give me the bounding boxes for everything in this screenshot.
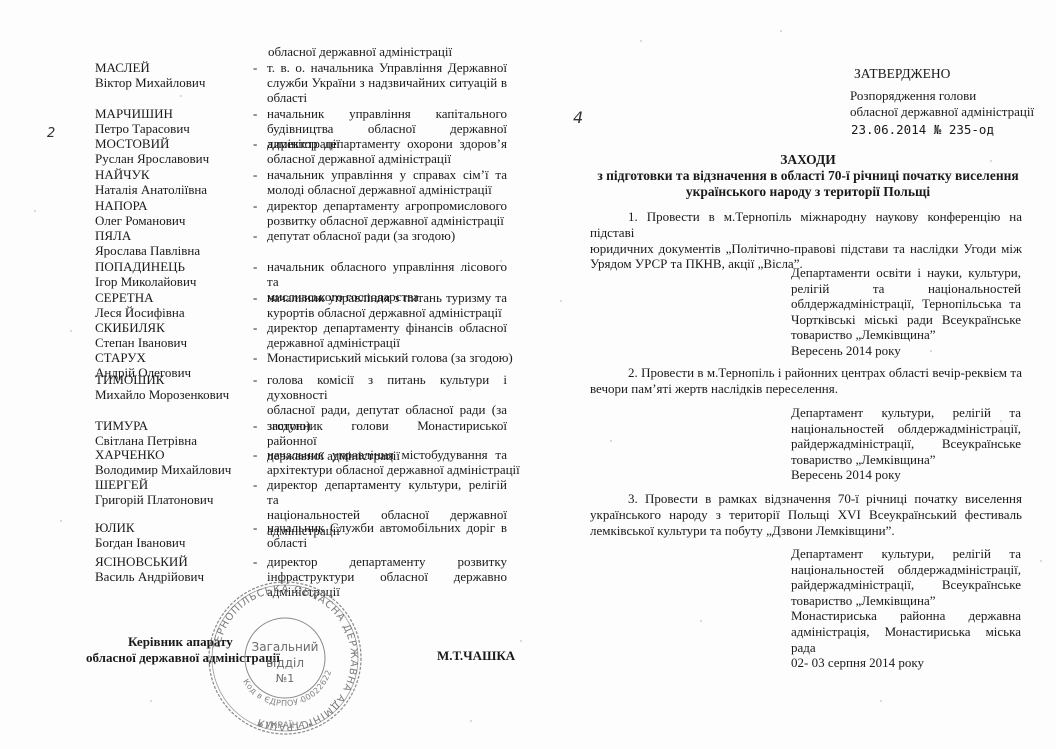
approval-authority: Розпорядження голови обласної державної …: [850, 88, 1034, 119]
svg-text:Загальний: Загальний: [252, 640, 319, 654]
handwritten-page-number: 2: [47, 126, 55, 141]
dash-separator: -: [253, 372, 257, 387]
scan-speck: [700, 620, 702, 622]
dash-separator: -: [253, 418, 257, 433]
member-name: ШЕРГЕЙГригорій Платонович: [95, 477, 255, 507]
member-name: НАЙЧУКНаталія Анатоліївна: [95, 167, 255, 197]
member-name: ЮЛИКБогдан Іванович: [95, 520, 255, 550]
scan-speck: [610, 440, 612, 442]
document-subtitle-line2: українського народу з території Польщі: [588, 184, 1028, 200]
measure-item-2: 2. Провести в м.Тернопіль і районних цен…: [590, 365, 1022, 397]
signatory-name: М.Т.ЧАШКА: [437, 648, 515, 664]
scan-speck: [990, 160, 992, 162]
dash-separator: -: [253, 167, 257, 182]
scan-speck: [520, 640, 522, 642]
svg-text:№1: №1: [276, 672, 294, 685]
scan-speck: [70, 330, 72, 332]
scan-speck: [560, 300, 562, 302]
member-name: СКИБИЛЯКСтепан Іванович: [95, 320, 255, 350]
dash-separator: -: [253, 520, 257, 535]
member-name: МАРЧИШИНПетро Тарасович: [95, 106, 255, 136]
member-name: ПЯЛАЯрослава Павлівна: [95, 228, 255, 258]
member-name: СЕРЕТНАЛеся Йосифівна: [95, 290, 255, 320]
dash-separator: -: [253, 350, 257, 365]
left-page: 2 обласної державної адміністрації МАСЛЕ…: [0, 0, 528, 749]
member-position: начальник Служби автомобільних доріг воб…: [267, 520, 507, 550]
member-position: начальник управління з питань туризму та…: [267, 290, 507, 320]
scan-speck: [930, 350, 932, 352]
scan-speck: [880, 700, 882, 702]
member-name: ХАРЧЕНКОВолодимир Михайлович: [95, 447, 255, 477]
svg-text:• УКРАЇНА •: • УКРАЇНА •: [257, 720, 312, 731]
scan-speck: [60, 520, 62, 522]
member-position: начальник управління у справах сім’ї там…: [267, 167, 507, 197]
scan-speck: [300, 700, 302, 702]
scan-speck: [34, 210, 36, 212]
dash-separator: -: [253, 60, 257, 75]
scan-speck: [410, 150, 412, 152]
right-page: 4 ЗАТВЕРДЖЕНО Розпорядження голови облас…: [528, 0, 1056, 749]
scan-speck: [1040, 560, 1042, 562]
scan-speck: [470, 720, 472, 722]
measure-item-3: 3. Провести в рамках відзначення 70-ї рі…: [590, 491, 1022, 538]
member-name: НАПОРАОлег Романович: [95, 198, 255, 228]
member-position: депутат обласної ради (за згодою): [267, 228, 507, 243]
member-name: ТИМОШИКМихайло Морозенкович: [95, 372, 255, 402]
order-date-number: 23.06.2014 № 235-од: [851, 122, 994, 137]
member-name: МАСЛЕЙВіктор Михайлович: [95, 60, 255, 90]
responsible-party-1: Департаменти освіти і науки, культури,ре…: [791, 265, 1021, 359]
scan-speck: [500, 260, 502, 262]
dash-separator: -: [253, 136, 257, 151]
dash-separator: -: [253, 320, 257, 335]
member-position: т. в. о. начальника Управління Державної…: [267, 60, 507, 106]
member-position: начальник управління містобудування таар…: [267, 447, 507, 477]
scan-speck: [1000, 420, 1002, 422]
member-position: директор департаменту охорони здоров’яоб…: [267, 136, 507, 166]
dash-separator: -: [253, 447, 257, 462]
measure-item-1: 1. Провести в м.Тернопіль міжнародну нау…: [590, 209, 1022, 272]
continuation-text: обласної державної адміністрації: [268, 44, 452, 59]
member-name: МОСТОВИЙРуслан Ярославович: [95, 136, 255, 166]
dash-separator: -: [253, 259, 257, 274]
official-seal-stamp: ТЕРНОПІЛЬСЬКА ОБЛАСНА ДЕРЖАВНА АДМІНІСТР…: [205, 578, 365, 738]
svg-text:відділ: відділ: [266, 656, 304, 670]
scan-speck: [150, 700, 152, 702]
dash-separator: -: [253, 228, 257, 243]
dash-separator: -: [253, 554, 257, 569]
dash-separator: -: [253, 477, 257, 492]
member-name: ТИМУРАСвітлана Петрівна: [95, 418, 255, 448]
dash-separator: -: [253, 106, 257, 121]
member-position: директор департаменту агропромисловогоро…: [267, 198, 507, 228]
dash-separator: -: [253, 198, 257, 213]
scan-speck: [780, 30, 782, 32]
document-subtitle-line1: з підготовки та відзначення в області 70…: [588, 168, 1028, 184]
member-name: ПОПАДИНЕЦЬІгор Миколайович: [95, 259, 255, 289]
member-position: Монастириський міський голова (за згодою…: [267, 350, 507, 365]
member-position: директор департаменту фінансів обласноїд…: [267, 320, 507, 350]
handwritten-page-number: 4: [573, 108, 583, 127]
document-title: ЗАХОДИ: [588, 152, 1028, 168]
approval-heading: ЗАТВЕРДЖЕНО: [854, 66, 950, 82]
scan-speck: [180, 95, 182, 97]
scan-speck: [640, 40, 642, 42]
responsible-party-3: Департамент культури, релігій танаціонал…: [791, 546, 1021, 671]
responsible-party-2: Департамент культури, релігій танаціонал…: [791, 405, 1021, 483]
dash-separator: -: [253, 290, 257, 305]
